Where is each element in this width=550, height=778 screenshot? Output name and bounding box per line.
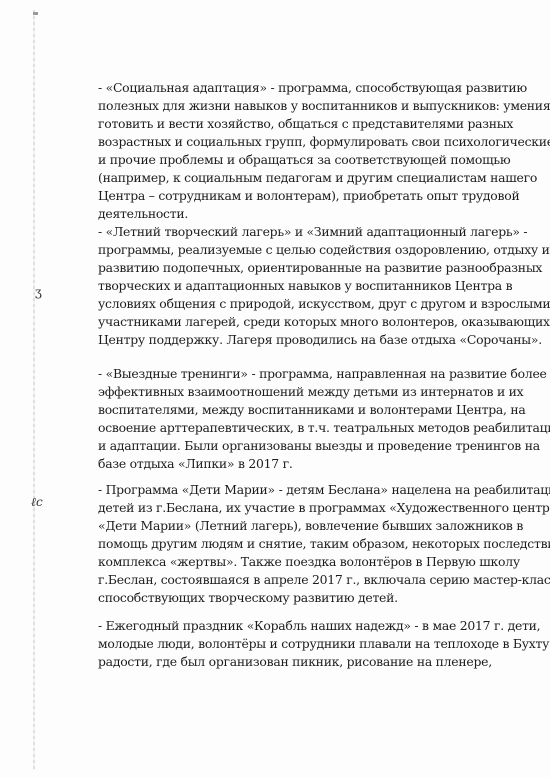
- text-line: творческих и адаптационных навыков у вос…: [98, 277, 550, 295]
- text-line: детей из г.Беслана, их участие в програм…: [98, 499, 550, 517]
- text-line: помощь другим людям и снятие, таким обра…: [98, 535, 550, 553]
- paragraph-ship-of-hopes: - Ежегодный праздник «Корабль наших наде…: [98, 617, 549, 671]
- margin-handwritten-mark: ʒ: [35, 286, 42, 298]
- text-line: молодые люди, волонтёры и сотрудники пла…: [98, 635, 549, 653]
- scanned-page: ʒ ℓc - «Социальная адаптация» - программ…: [0, 0, 550, 778]
- text-line: - Ежегодный праздник «Корабль наших наде…: [98, 617, 549, 635]
- binding-mark: [33, 12, 38, 15]
- text-line: освоение арттерапевтических, в т.ч. теат…: [98, 419, 550, 437]
- text-line: радости, где был организован пикник, рис…: [98, 653, 549, 671]
- text-line: готовить и вести хозяйство, общаться с п…: [98, 115, 550, 133]
- paragraph-trainings: - «Выездные тренинги» - программа, напра…: [98, 365, 550, 473]
- text-line: Центру поддержку. Лагеря проводились на …: [98, 331, 550, 349]
- text-line: - Программа «Дети Марии» - детям Беслана…: [98, 481, 550, 499]
- text-line: и адаптации. Были организованы выезды и …: [98, 437, 550, 455]
- text-line: программы, реализуемые с целью содействи…: [98, 241, 550, 259]
- text-line: деятельности.: [98, 205, 550, 223]
- text-line: возрастных и социальных групп, формулиро…: [98, 133, 550, 151]
- text-line: развитию подопечных, ориентированные на …: [98, 259, 550, 277]
- text-line: - «Летний творческий лагерь» и «Зимний а…: [98, 223, 550, 241]
- text-line: г.Беслан, состоявшаяся в апреле 2017 г.,…: [98, 571, 550, 589]
- text-line: участниками лагерей, среди которых много…: [98, 313, 550, 331]
- margin-handwritten-mark: ℓc: [31, 496, 43, 508]
- text-line: условиях общения с природой, искусством,…: [98, 295, 550, 313]
- text-line: «Дети Марии» (Летний лагерь), вовлечение…: [98, 517, 550, 535]
- text-line: комплекса «жертвы». Также поездка волонт…: [98, 553, 550, 571]
- text-line: способствующих творческому развитию дете…: [98, 589, 550, 607]
- text-line: базе отдыха «Липки» в 2017 г.: [98, 455, 550, 473]
- text-line: полезных для жизни навыков у воспитанник…: [98, 97, 550, 115]
- binding-edge: [33, 10, 35, 770]
- paragraph-social-adaptation: - «Социальная адаптация» - программа, сп…: [98, 79, 550, 223]
- text-line: - «Выездные тренинги» - программа, напра…: [98, 365, 550, 383]
- paragraph-children-of-maria: - Программа «Дети Марии» - детям Беслана…: [98, 481, 550, 607]
- text-line: эффективных взаимоотношений между детьми…: [98, 383, 550, 401]
- text-line: Центра – сотрудникам и волонтерам), прио…: [98, 187, 550, 205]
- text-line: и прочие проблемы и обращаться за соотве…: [98, 151, 550, 169]
- paragraph-camps: - «Летний творческий лагерь» и «Зимний а…: [98, 223, 550, 349]
- text-line: (например, к социальным педагогам и друг…: [98, 169, 550, 187]
- text-line: воспитателями, между воспитанниками и во…: [98, 401, 550, 419]
- text-line: - «Социальная адаптация» - программа, сп…: [98, 79, 550, 97]
